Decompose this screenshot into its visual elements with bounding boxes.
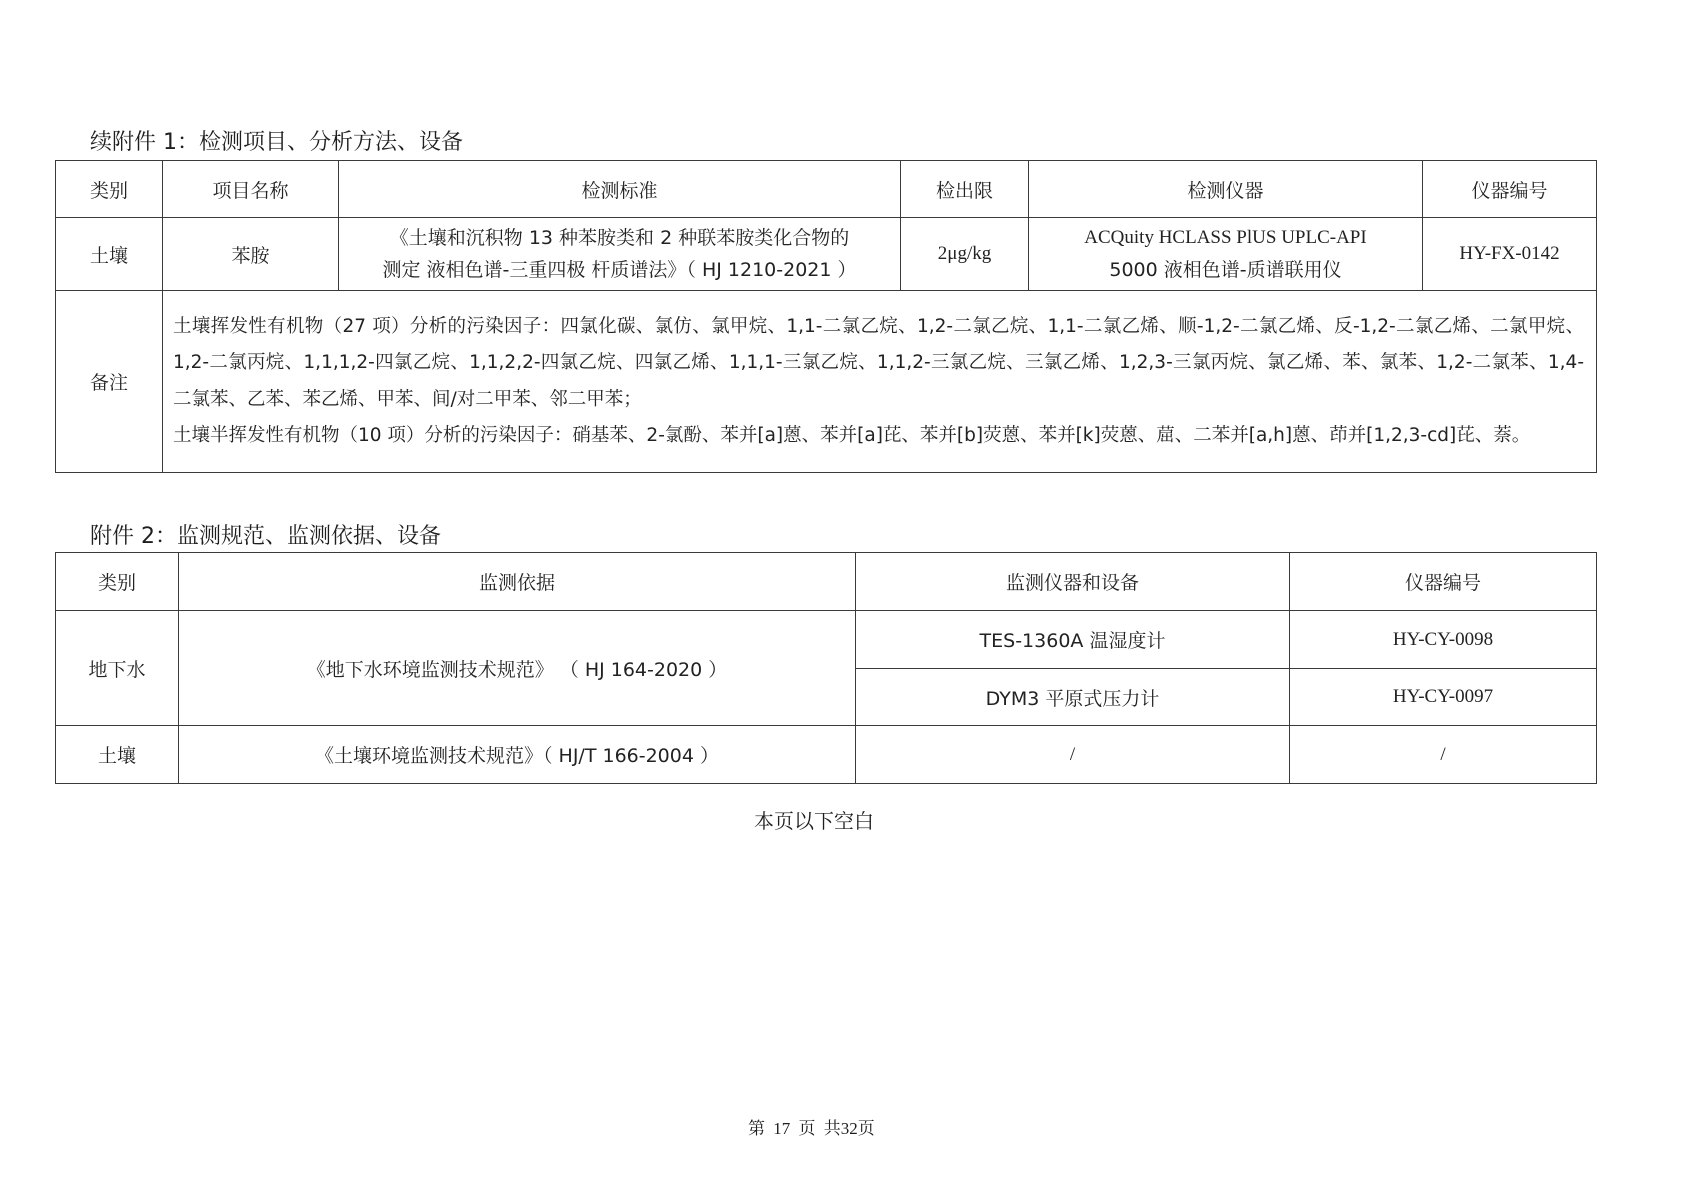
standard-line1: 《土壤和沉积物 13 种苯胺类和 2 种联苯胺类化合物的: [345, 222, 894, 254]
header-equipment-id: 仪器编号: [1290, 553, 1597, 611]
equipment-id: HY-CY-0098: [1290, 611, 1597, 669]
detection-items-table: 类别 项目名称 检测标准 检出限 检测仪器 仪器编号 土壤 苯胺 《土壤和沉积物…: [55, 160, 1597, 473]
row-instrument: ACQuity HCLASS PlUS UPLC-API 5000 液相色谱-质…: [1029, 218, 1423, 291]
remarks-svocs: 土壤半挥发性有机物（10 项）分析的污染因子：硝基苯、2-氯酚、苯并[a]蒽、苯…: [173, 418, 1584, 455]
instrument-line2: 5000 液相色谱-质谱联用仪: [1035, 254, 1416, 286]
standard-line2: 测定 液相色谱-三重四极 杆质谱法》（ HJ 1210-2021 ）: [345, 254, 894, 286]
table1-header-row: 类别 项目名称 检测标准 检出限 检测仪器 仪器编号: [56, 161, 1597, 218]
soil-category: 土壤: [56, 726, 179, 784]
equipment-name: DYM3 平原式压力计: [856, 669, 1290, 726]
header-instrument: 检测仪器: [1029, 161, 1423, 218]
instrument-line1: ACQuity HCLASS PlUS UPLC-API: [1035, 222, 1416, 254]
section1-title: 续附件 1：检测项目、分析方法、设备: [90, 129, 463, 157]
page-number: 第 17 页 共32页: [748, 1114, 875, 1139]
header-standard: 检测标准: [339, 161, 901, 218]
header-category: 类别: [56, 553, 179, 611]
remarks-row: 备注 土壤挥发性有机物（27 项）分析的污染因子：四氯化碳、氯仿、氯甲烷、1,1…: [56, 291, 1597, 473]
header-basis: 监测依据: [179, 553, 856, 611]
table-row: 土壤 苯胺 《土壤和沉积物 13 种苯胺类和 2 种联苯胺类化合物的 测定 液相…: [56, 218, 1597, 291]
table-row: 地下水 《地下水环境监测技术规范》 （ HJ 164-2020 ） TES-13…: [56, 611, 1597, 669]
remarks-label: 备注: [56, 291, 163, 473]
soil-basis: 《土壤环境监测技术规范》（ HJ/T 166-2004 ）: [179, 726, 856, 784]
header-category: 类别: [56, 161, 163, 218]
groundwater-category: 地下水: [56, 611, 179, 726]
row-detection-limit: 2μg/kg: [901, 218, 1029, 291]
monitoring-basis-table: 类别 监测依据 监测仪器和设备 仪器编号 地下水 《地下水环境监测技术规范》 （…: [55, 552, 1597, 784]
soil-equipment-id: /: [1290, 726, 1597, 784]
table-row: 土壤 《土壤环境监测技术规范》（ HJ/T 166-2004 ） / /: [56, 726, 1597, 784]
header-equipment: 监测仪器和设备: [856, 553, 1290, 611]
equipment-id: HY-CY-0097: [1290, 669, 1597, 726]
remarks-vocs: 土壤挥发性有机物（27 项）分析的污染因子：四氯化碳、氯仿、氯甲烷、1,1-二氯…: [173, 309, 1584, 419]
row-item-name: 苯胺: [163, 218, 339, 291]
soil-equipment: /: [856, 726, 1290, 784]
groundwater-basis: 《地下水环境监测技术规范》 （ HJ 164-2020 ）: [179, 611, 856, 726]
row-standard: 《土壤和沉积物 13 种苯胺类和 2 种联苯胺类化合物的 测定 液相色谱-三重四…: [339, 218, 901, 291]
remarks-content: 土壤挥发性有机物（27 项）分析的污染因子：四氯化碳、氯仿、氯甲烷、1,1-二氯…: [163, 291, 1597, 473]
header-detection-limit: 检出限: [901, 161, 1029, 218]
row-category: 土壤: [56, 218, 163, 291]
blank-page-note: 本页以下空白: [754, 805, 874, 834]
equipment-name: TES-1360A 温湿度计: [856, 611, 1290, 669]
header-item-name: 项目名称: [163, 161, 339, 218]
header-instrument-id: 仪器编号: [1423, 161, 1597, 218]
table2-header-row: 类别 监测依据 监测仪器和设备 仪器编号: [56, 553, 1597, 611]
section2-title: 附件 2：监测规范、监测依据、设备: [90, 523, 441, 551]
row-instrument-id: HY-FX-0142: [1423, 218, 1597, 291]
